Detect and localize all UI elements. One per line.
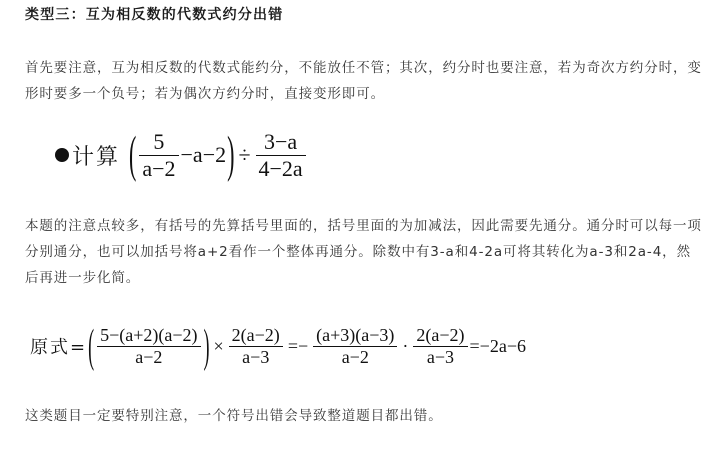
- explanation-paragraph: 本题的注意点较多，有括号的先算括号里面的，括号里面的为加减法，因此需要先通分。通…: [25, 213, 705, 291]
- divide-sign: ÷: [238, 142, 250, 168]
- numerator: 3−a: [261, 129, 300, 154]
- numerator: (a+3)(a−3): [313, 325, 397, 346]
- denominator: a−2: [132, 347, 165, 368]
- fraction: 2(a−2) a−3: [229, 325, 283, 367]
- numerator: 5−(a+2)(a−2): [97, 325, 200, 346]
- solution-label: 原式=: [30, 333, 87, 359]
- fraction: 5−(a+2)(a−2) a−2: [97, 325, 200, 367]
- minus-terms: −a−2: [181, 142, 227, 168]
- denominator: 4−2a: [256, 156, 306, 181]
- intro-paragraph: 首先要注意，互为相反数的代数式能约分，不能放任不管；其次，约分时也要注意，若为奇…: [25, 55, 705, 107]
- left-paren: (: [88, 319, 94, 374]
- problem-formula: 计算 ( 5 a−2 −a−2 ) ÷ 3−a 4−2a: [55, 125, 308, 185]
- conclusion-paragraph: 这类题目一定要特别注意，一个符号出错会导致整道题目都出错。: [25, 403, 705, 429]
- fraction: 2(a−2) a−3: [413, 325, 467, 367]
- numerator: 2(a−2): [413, 325, 467, 346]
- numerator: 5: [150, 129, 167, 154]
- fraction: 5 a−2: [139, 129, 178, 181]
- denominator: a−2: [339, 347, 372, 368]
- solution-formula: 原式= ( 5−(a+2)(a−2) a−2 ) × 2(a−2) a−3 =−…: [30, 318, 526, 374]
- denominator: a−3: [424, 347, 457, 368]
- fraction: (a+3)(a−3) a−2: [313, 325, 397, 367]
- denominator: a−3: [239, 347, 272, 368]
- section-heading: 类型三：互为相反数的代数式约分出错: [25, 4, 283, 24]
- result: =−2a−6: [470, 336, 526, 357]
- right-paren: ): [204, 319, 210, 374]
- right-paren: ): [227, 125, 234, 185]
- bullet-icon: [55, 148, 69, 162]
- left-paren: (: [129, 125, 136, 185]
- dot-sign: ·: [402, 336, 408, 357]
- fraction: 3−a 4−2a: [256, 129, 306, 181]
- equals-negative: =−: [288, 336, 308, 357]
- times-sign: ×: [214, 336, 224, 357]
- denominator: a−2: [139, 156, 178, 181]
- numerator: 2(a−2): [229, 325, 283, 346]
- problem-label: 计算: [72, 140, 120, 171]
